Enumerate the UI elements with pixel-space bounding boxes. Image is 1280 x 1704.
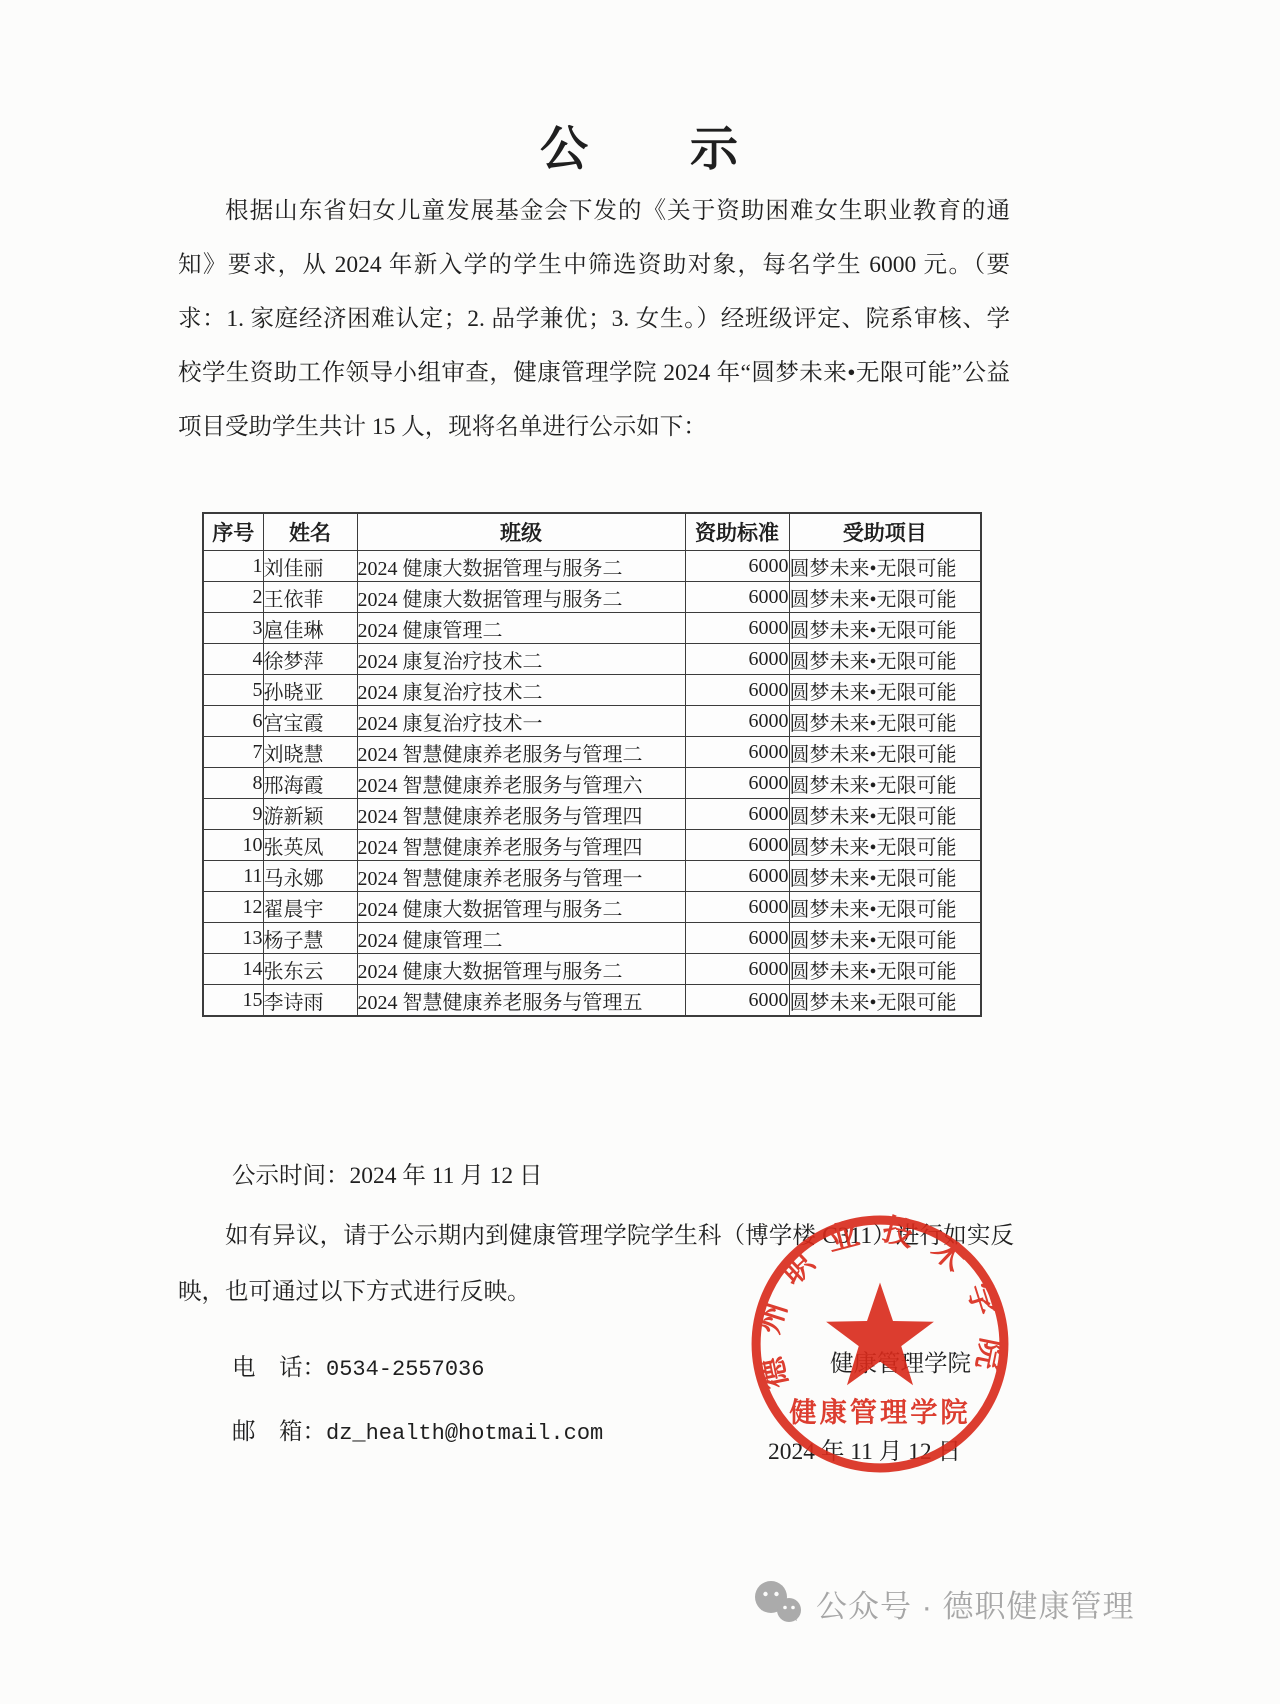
publicity-time: 公示时间：2024 年 11 月 12 日 bbox=[232, 1156, 543, 1190]
table-row: 9游新颖2024 智慧健康养老服务与管理四6000圆梦未来•无限可能 bbox=[203, 799, 981, 830]
email-line: 邮 箱：dz_health@hotmail.com bbox=[232, 1412, 603, 1446]
table-row: 7刘晓慧2024 智慧健康养老服务与管理二6000圆梦未来•无限可能 bbox=[203, 737, 981, 768]
table-row: 1刘佳丽2024 健康大数据管理与服务二6000圆梦未来•无限可能 bbox=[203, 551, 981, 582]
wechat-icon bbox=[752, 1580, 804, 1626]
table-cell: 圆梦未来•无限可能 bbox=[789, 768, 981, 799]
seal-star-icon bbox=[826, 1283, 934, 1386]
table-cell: 圆梦未来•无限可能 bbox=[789, 582, 981, 613]
email-label: 邮 箱： bbox=[232, 1419, 326, 1445]
table-cell: 圆梦未来•无限可能 bbox=[789, 613, 981, 644]
table-cell: 6000 bbox=[685, 954, 789, 985]
phone-line: 电 话：0534-2557036 bbox=[232, 1348, 484, 1382]
table-cell: 8 bbox=[203, 768, 263, 799]
table-cell: 翟晨宇 bbox=[263, 892, 357, 923]
table-row: 8邢海霞2024 智慧健康养老服务与管理六6000圆梦未来•无限可能 bbox=[203, 768, 981, 799]
table-cell: 2024 健康大数据管理与服务二 bbox=[357, 954, 685, 985]
table-cell: 圆梦未来•无限可能 bbox=[789, 830, 981, 861]
seal-bottom-text: 健康管理学院 bbox=[789, 1397, 970, 1428]
column-header-amount: 资助标准 bbox=[685, 513, 789, 551]
notice-document: 公 示 根据山东省妇女儿童发展基金会下发的《关于资助困难女生职业教育的通知》要求… bbox=[0, 0, 1280, 1704]
table-cell: 李诗雨 bbox=[263, 985, 357, 1017]
table-cell: 圆梦未来•无限可能 bbox=[789, 675, 981, 706]
table-cell: 2024 健康大数据管理与服务二 bbox=[357, 582, 685, 613]
table-row: 11马永娜2024 智慧健康养老服务与管理一6000圆梦未来•无限可能 bbox=[203, 861, 981, 892]
table-cell: 6000 bbox=[685, 830, 789, 861]
table-cell: 2024 健康管理二 bbox=[357, 923, 685, 954]
table-row: 5孙晓亚2024 康复治疗技术二6000圆梦未来•无限可能 bbox=[203, 675, 981, 706]
table-cell: 3 bbox=[203, 613, 263, 644]
table-cell: 马永娜 bbox=[263, 861, 357, 892]
table-row: 3扈佳琳2024 健康管理二6000圆梦未来•无限可能 bbox=[203, 613, 981, 644]
table-cell: 13 bbox=[203, 923, 263, 954]
wechat-account-footer: 公众号 · 德职健康管理 bbox=[752, 1580, 1135, 1626]
table-cell: 14 bbox=[203, 954, 263, 985]
table-cell: 6 bbox=[203, 706, 263, 737]
email-value: dz_health@hotmail.com bbox=[326, 1421, 603, 1446]
table-cell: 圆梦未来•无限可能 bbox=[789, 737, 981, 768]
table-cell: 2024 智慧健康养老服务与管理五 bbox=[357, 985, 685, 1017]
table-cell: 刘佳丽 bbox=[263, 551, 357, 582]
recipients-table: 序号 姓名 班级 资助标准 受助项目 1刘佳丽2024 健康大数据管理与服务二6… bbox=[202, 512, 982, 1017]
table-row: 6宫宝霞2024 康复治疗技术一6000圆梦未来•无限可能 bbox=[203, 706, 981, 737]
table-cell: 圆梦未来•无限可能 bbox=[789, 985, 981, 1017]
wechat-account-text: 公众号 · 德职健康管理 bbox=[816, 1581, 1135, 1626]
table-row: 2王依菲2024 健康大数据管理与服务二6000圆梦未来•无限可能 bbox=[203, 582, 981, 613]
table-cell: 2024 智慧健康养老服务与管理一 bbox=[357, 861, 685, 892]
table-cell: 5 bbox=[203, 675, 263, 706]
table-row: 12翟晨宇2024 健康大数据管理与服务二6000圆梦未来•无限可能 bbox=[203, 892, 981, 923]
table-cell: 10 bbox=[203, 830, 263, 861]
table-cell: 6000 bbox=[685, 923, 789, 954]
column-header-program: 受助项目 bbox=[789, 513, 981, 551]
phone-value: 0534-2557036 bbox=[326, 1357, 484, 1382]
table-cell: 9 bbox=[203, 799, 263, 830]
table-cell: 2024 康复治疗技术二 bbox=[357, 644, 685, 675]
table-cell: 2 bbox=[203, 582, 263, 613]
table-row: 13杨子慧2024 健康管理二6000圆梦未来•无限可能 bbox=[203, 923, 981, 954]
table-row: 14张东云2024 健康大数据管理与服务二6000圆梦未来•无限可能 bbox=[203, 954, 981, 985]
table-cell: 圆梦未来•无限可能 bbox=[789, 892, 981, 923]
column-header-class: 班级 bbox=[357, 513, 685, 551]
table-cell: 圆梦未来•无限可能 bbox=[789, 861, 981, 892]
table-cell: 2024 智慧健康养老服务与管理二 bbox=[357, 737, 685, 768]
table-cell: 6000 bbox=[685, 582, 789, 613]
table-cell: 12 bbox=[203, 892, 263, 923]
table-row: 15李诗雨2024 智慧健康养老服务与管理五6000圆梦未来•无限可能 bbox=[203, 985, 981, 1017]
table-cell: 刘晓慧 bbox=[263, 737, 357, 768]
table-cell: 6000 bbox=[685, 551, 789, 582]
table-cell: 11 bbox=[203, 861, 263, 892]
table-cell: 6000 bbox=[685, 799, 789, 830]
table-cell: 圆梦未来•无限可能 bbox=[789, 551, 981, 582]
table-cell: 徐梦萍 bbox=[263, 644, 357, 675]
column-header-index: 序号 bbox=[203, 513, 263, 551]
table-cell: 杨子慧 bbox=[263, 923, 357, 954]
table-cell: 6000 bbox=[685, 737, 789, 768]
recipients-table-body: 1刘佳丽2024 健康大数据管理与服务二6000圆梦未来•无限可能2王依菲202… bbox=[203, 551, 981, 1017]
table-cell: 6000 bbox=[685, 892, 789, 923]
table-cell: 扈佳琳 bbox=[263, 613, 357, 644]
table-header-row: 序号 姓名 班级 资助标准 受助项目 bbox=[203, 513, 981, 551]
table-cell: 圆梦未来•无限可能 bbox=[789, 644, 981, 675]
table-cell: 2024 健康大数据管理与服务二 bbox=[357, 892, 685, 923]
table-cell: 圆梦未来•无限可能 bbox=[789, 799, 981, 830]
table-cell: 2024 智慧健康养老服务与管理四 bbox=[357, 830, 685, 861]
table-cell: 2024 智慧健康养老服务与管理四 bbox=[357, 799, 685, 830]
intro-paragraph: 根据山东省妇女儿童发展基金会下发的《关于资助困难女生职业教育的通知》要求，从 2… bbox=[178, 184, 1010, 454]
table-cell: 孙晓亚 bbox=[263, 675, 357, 706]
table-cell: 6000 bbox=[685, 861, 789, 892]
phone-label: 电 话： bbox=[232, 1355, 326, 1381]
official-seal-icon: 德州职业技术学院 健康管理学院 bbox=[744, 1208, 1016, 1480]
table-cell: 宫宝霞 bbox=[263, 706, 357, 737]
table-cell: 2024 智慧健康养老服务与管理六 bbox=[357, 768, 685, 799]
table-cell: 张东云 bbox=[263, 954, 357, 985]
table-cell: 6000 bbox=[685, 675, 789, 706]
table-row: 10张英凤2024 智慧健康养老服务与管理四6000圆梦未来•无限可能 bbox=[203, 830, 981, 861]
table-cell: 2024 康复治疗技术二 bbox=[357, 675, 685, 706]
table-cell: 2024 健康管理二 bbox=[357, 613, 685, 644]
table-cell: 2024 康复治疗技术一 bbox=[357, 706, 685, 737]
table-cell: 6000 bbox=[685, 985, 789, 1017]
column-header-name: 姓名 bbox=[263, 513, 357, 551]
table-cell: 15 bbox=[203, 985, 263, 1017]
table-row: 4徐梦萍2024 康复治疗技术二6000圆梦未来•无限可能 bbox=[203, 644, 981, 675]
table-cell: 游新颖 bbox=[263, 799, 357, 830]
table-cell: 1 bbox=[203, 551, 263, 582]
table-cell: 4 bbox=[203, 644, 263, 675]
table-cell: 张英凤 bbox=[263, 830, 357, 861]
table-cell: 圆梦未来•无限可能 bbox=[789, 954, 981, 985]
table-cell: 6000 bbox=[685, 768, 789, 799]
table-cell: 6000 bbox=[685, 706, 789, 737]
page-title: 公 示 bbox=[0, 110, 1280, 179]
table-cell: 圆梦未来•无限可能 bbox=[789, 923, 981, 954]
table-cell: 7 bbox=[203, 737, 263, 768]
table-cell: 2024 健康大数据管理与服务二 bbox=[357, 551, 685, 582]
table-cell: 6000 bbox=[685, 613, 789, 644]
table-cell: 6000 bbox=[685, 644, 789, 675]
table-cell: 圆梦未来•无限可能 bbox=[789, 706, 981, 737]
table-cell: 王依菲 bbox=[263, 582, 357, 613]
table-cell: 邢海霞 bbox=[263, 768, 357, 799]
